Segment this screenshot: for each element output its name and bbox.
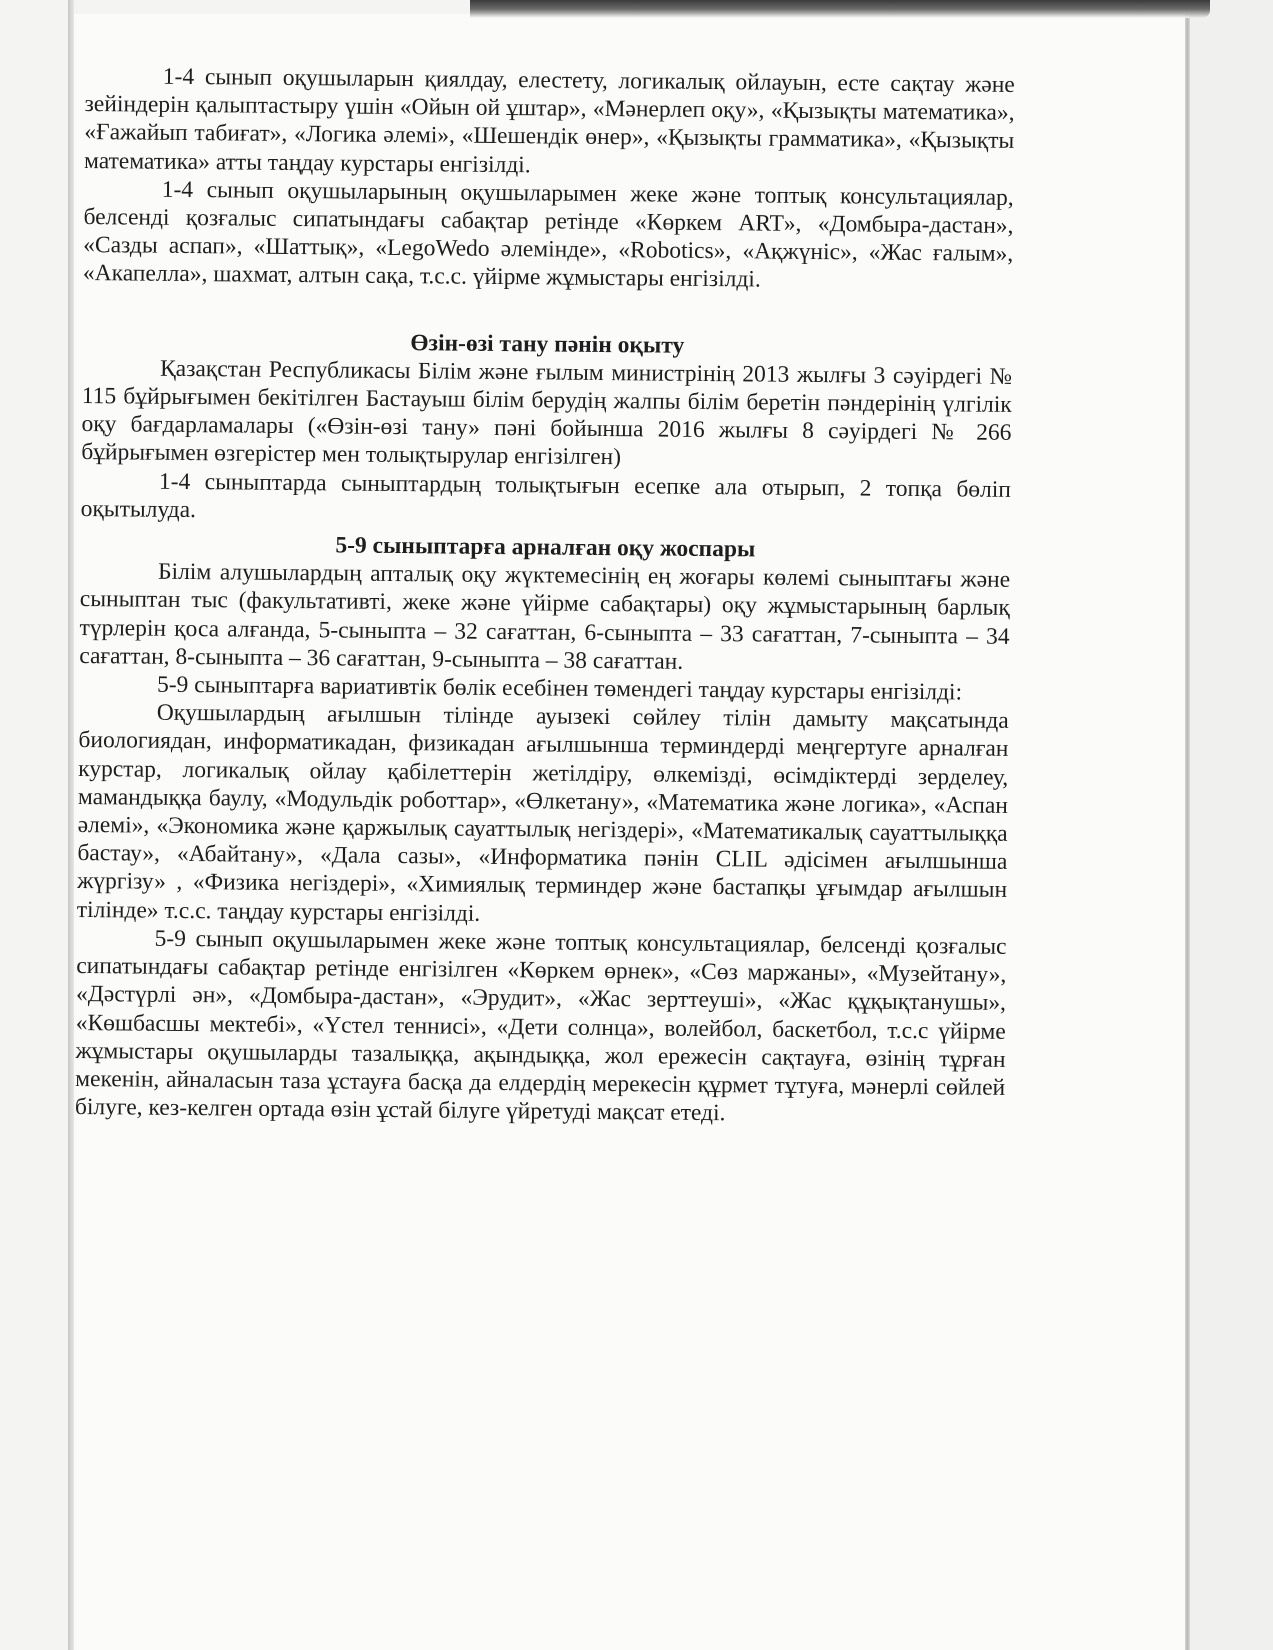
paragraph: 1-4 сынып оқушыларын қиялдау, елестету, … bbox=[84, 62, 1015, 184]
section-1-4-extracurricular: 1-4 сынып оқушыларын қиялдау, елестету, … bbox=[83, 62, 1015, 297]
scan-right-edge bbox=[1185, 18, 1190, 1650]
scan-top-shadow bbox=[470, 0, 1210, 18]
paragraph: Білім алушылардың апталық оқу жүктемесін… bbox=[79, 557, 1010, 679]
paragraph: Қазақстан Республикасы Білім және ғылым … bbox=[81, 354, 1012, 476]
section-self-knowledge: Өзін-өзі тану пәнін оқыту Қазақстан Респ… bbox=[81, 326, 1013, 532]
paragraph: Оқушылардың ағылшын тілінде ауызекі сөйл… bbox=[77, 698, 1009, 933]
document-body: 1-4 сынып оқушыларын қиялдау, елестету, … bbox=[75, 62, 1015, 1130]
paragraph: 1-4 сыныптарда сыныптардың толықтығын ес… bbox=[81, 467, 1011, 532]
paragraph: 5-9 сынып оқушыларымен жеке және топтық … bbox=[75, 924, 1007, 1130]
section-5-9-study-plan: 5-9 сыныптарға арналған оқу жоспары Білі… bbox=[75, 529, 1011, 1130]
paragraph: 1-4 сынып оқушыларының оқушыларымен жеке… bbox=[83, 175, 1014, 297]
scan-right-margin bbox=[1190, 0, 1273, 1650]
